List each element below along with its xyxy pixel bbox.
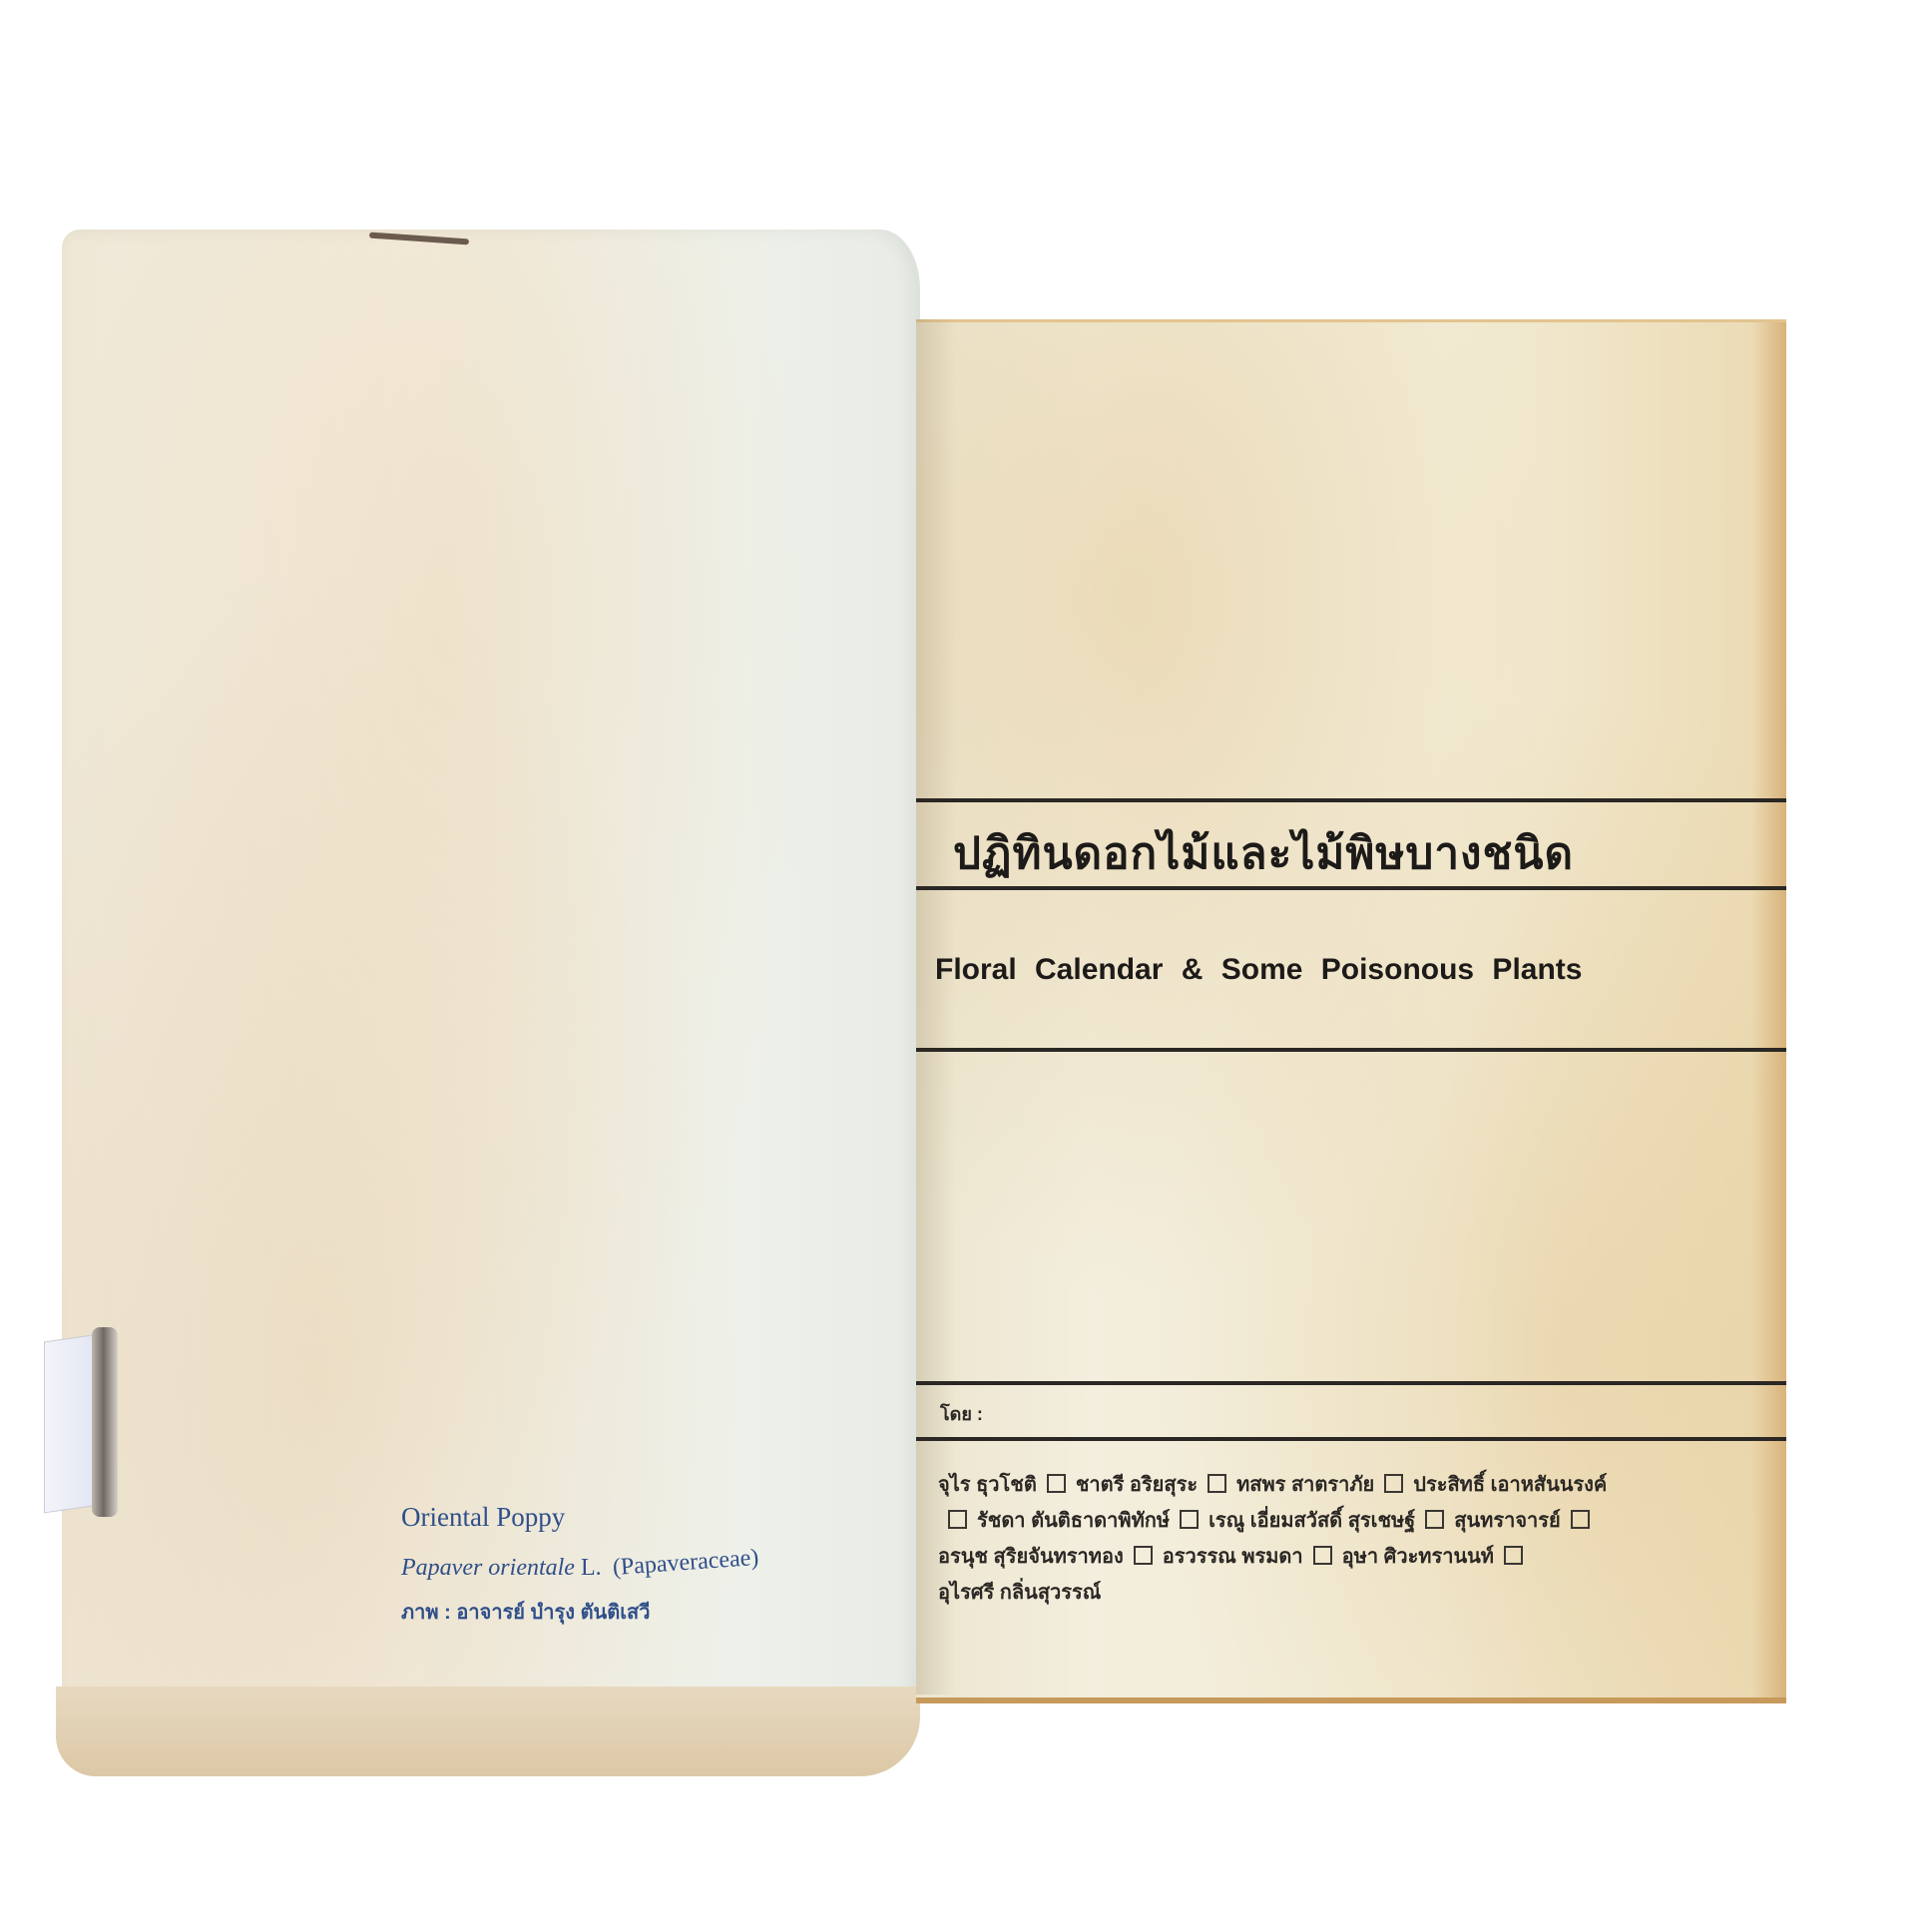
separator-box-icon bbox=[1504, 1546, 1523, 1565]
author-name: จุไร ธุวโชติ bbox=[938, 1474, 1037, 1496]
left-page-bottom-edge bbox=[56, 1687, 920, 1776]
author-name: อรวรรณ พรมดา bbox=[1163, 1546, 1303, 1568]
separator-box-icon bbox=[1047, 1474, 1066, 1493]
separator-box-icon bbox=[948, 1510, 967, 1529]
scientific-name: Papaver orientale bbox=[401, 1555, 575, 1581]
author-name: อรนุช สุริยจันทราทอง bbox=[938, 1546, 1124, 1568]
author-name: อุษา ศิวะทรานนท์ bbox=[1342, 1546, 1494, 1568]
author-name: รัชดา ตันติธาดาพิทักษ์ bbox=[977, 1510, 1170, 1532]
separator-box-icon bbox=[1207, 1474, 1226, 1493]
label-clip bbox=[92, 1327, 118, 1517]
separator-box-icon bbox=[1571, 1510, 1590, 1529]
photo-credit: ภาพ : อาจารย์ บำรุง ตันติเสวี bbox=[401, 1596, 759, 1628]
rule-line bbox=[916, 798, 1786, 802]
plant-family: (Papaveraceae) bbox=[612, 1545, 759, 1582]
author-name: ประสิทธิ์ เอาหสันนรงค์ bbox=[1413, 1474, 1607, 1496]
plant-caption: Oriental Poppy Papaver orientale L. (Pap… bbox=[401, 1502, 759, 1628]
author-list: จุไร ธุวโชติชาตรี อริยสุระทสพร สาตราภัยป… bbox=[938, 1467, 1637, 1611]
separator-box-icon bbox=[1425, 1510, 1444, 1529]
scientific-name-line: Papaver orientale L. (Papaveraceae) bbox=[401, 1555, 759, 1582]
separator-box-icon bbox=[1134, 1546, 1153, 1565]
separator-box-icon bbox=[1180, 1510, 1199, 1529]
title-english: Floral Calendar & Some Poisonous Plants bbox=[935, 953, 1582, 987]
author-abbrev: L. bbox=[581, 1555, 602, 1581]
author-name: อุไรศรี กลิ่นสุวรรณ์ bbox=[938, 1582, 1101, 1604]
author-name: เรณู เอี่ยมสวัสดิ์ สุรเชษฐ์ bbox=[1208, 1510, 1415, 1532]
separator-box-icon bbox=[1313, 1546, 1332, 1565]
author-name: ทสพร สาตราภัย bbox=[1236, 1474, 1374, 1496]
by-label: โดย : bbox=[940, 1399, 983, 1428]
author-name: สุนทราจารย์ bbox=[1454, 1510, 1560, 1532]
separator-box-icon bbox=[1384, 1474, 1403, 1493]
rule-line bbox=[916, 1381, 1786, 1385]
common-name: Oriental Poppy bbox=[401, 1502, 759, 1533]
rule-line bbox=[916, 1437, 1786, 1441]
author-name: ชาตรี อริยสุระ bbox=[1076, 1474, 1198, 1496]
rule-line bbox=[916, 1048, 1786, 1052]
title-thai: ปฏิทินดอกไม้และไม้พิษบางชนิด bbox=[953, 818, 1574, 888]
